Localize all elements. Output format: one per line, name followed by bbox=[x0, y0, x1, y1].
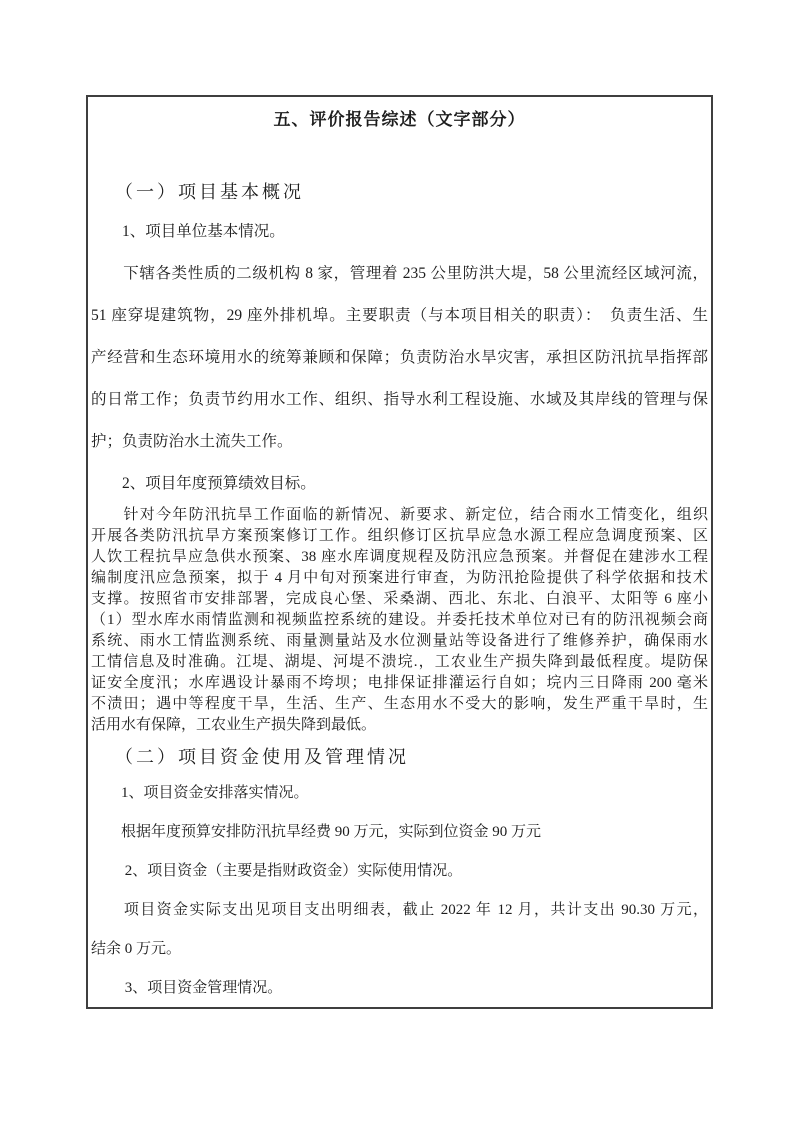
text-line: 支撑。按照省市安排部署，完成良心堡、采桑湖、西北、东北、白浪平、太阳等 6 座小 bbox=[91, 589, 708, 610]
text-line: 项目资金实际支出见项目支出明细表，截止 2022 年 12 月，共计支出 90.… bbox=[91, 891, 708, 930]
text-line: 根据年度预算安排防汛抗旱经费 90 万元，实际到位资金 90 万元 bbox=[91, 813, 708, 852]
text-line: 结余 0 万元。 bbox=[91, 930, 708, 969]
section-heading-2: （二）项目资金使用及管理情况 bbox=[91, 746, 708, 768]
section1-body: 1、项目单位基本情况。 下辖各类性质的二级机构 8 家，管理着 235 公里防洪… bbox=[91, 211, 708, 505]
text-line: 证安全度汛；水库遇设计暴雨不垮坝；电排保证排灌运行自如；垸内三日降雨 200 毫… bbox=[91, 673, 708, 694]
text-line: 的日常工作；负责节约用水工作、组织、指导水利工程设施、水域及其岸线的管理与保 bbox=[91, 379, 708, 421]
section2-body: 1、项目资金安排落实情况。 根据年度预算安排防汛抗旱经费 90 万元，实际到位资… bbox=[91, 774, 708, 1008]
text-line: 工情信息及时准确。江堤、湖堤、河堤不溃垸.，工农业生产损失降到最低程度。堤防保 bbox=[91, 652, 708, 673]
document-page: 五、评价报告综述（文字部分） （一）项目基本概况 1、项目单位基本情况。 下辖各… bbox=[0, 0, 793, 1122]
performance-goals-paragraph: 针对今年防汛抗旱工作面临的新情况、新要求、新定位，结合雨水工情变化，组织开展各类… bbox=[91, 505, 708, 736]
text-line: 不渍田；遇中等程度干旱，生活、生产、生态用水不受大的影响，发生严重干旱时，生 bbox=[91, 694, 708, 715]
text-line: 1、项目资金安排落实情况。 bbox=[91, 774, 708, 813]
text-line: 1、项目单位基本情况。 bbox=[91, 211, 708, 253]
report-text-cell: 五、评价报告综述（文字部分） （一）项目基本概况 1、项目单位基本情况。 下辖各… bbox=[86, 95, 713, 1009]
text-line: （1）型水库水雨情监测和视频监控系统的建设。并委托技术单位对已有的防汛视频会商 bbox=[91, 610, 708, 631]
text-line: 2、项目资金（主要是指财政资金）实际使用情况。 bbox=[91, 852, 708, 891]
text-line: 针对今年防汛抗旱工作面临的新情况、新要求、新定位，结合雨水工情变化，组织 bbox=[91, 505, 708, 526]
text-line: 活用水有保障，工农业生产损失降到最低。 bbox=[91, 715, 708, 736]
section-heading-1: （一）项目基本概况 bbox=[91, 181, 708, 203]
text-line: 2、项目年度预算绩效目标。 bbox=[91, 463, 708, 505]
text-line: 护；负责防治水土流失工作。 bbox=[91, 421, 708, 463]
text-line: 51 座穿堤建筑物，29 座外排机埠。主要职责（与本项目相关的职责）： 负责生活… bbox=[91, 295, 708, 337]
text-line: 人饮工程抗旱应急供水预案、38 座水库调度规程及防汛应急预案。并督促在建涉水工程 bbox=[91, 547, 708, 568]
text-line: 系统、雨水工情监测系统、雨量测量站及水位测量站等设备进行了维修养护，确保雨水 bbox=[91, 631, 708, 652]
text-line: 编制度汛应急预案，拟于 4 月中旬对预案进行审查，为防汛抢险提供了科学依据和技术 bbox=[91, 568, 708, 589]
text-line: 产经营和生态环境用水的统筹兼顾和保障；负责防治水旱灾害，承担区防汛抗旱指挥部 bbox=[91, 337, 708, 379]
report-title: 五、评价报告综述（文字部分） bbox=[91, 108, 708, 132]
text-line: 3、项目资金管理情况。 bbox=[91, 969, 708, 1008]
text-line: 下辖各类性质的二级机构 8 家，管理着 235 公里防洪大堤，58 公里流经区域… bbox=[91, 253, 708, 295]
text-line: 开展各类防汛抗旱方案预案修订工作。组织修订区抗旱应急水源工程应急调度预案、区 bbox=[91, 526, 708, 547]
document-blocks: （一）项目基本概况 1、项目单位基本情况。 下辖各类性质的二级机构 8 家，管理… bbox=[91, 181, 708, 1008]
